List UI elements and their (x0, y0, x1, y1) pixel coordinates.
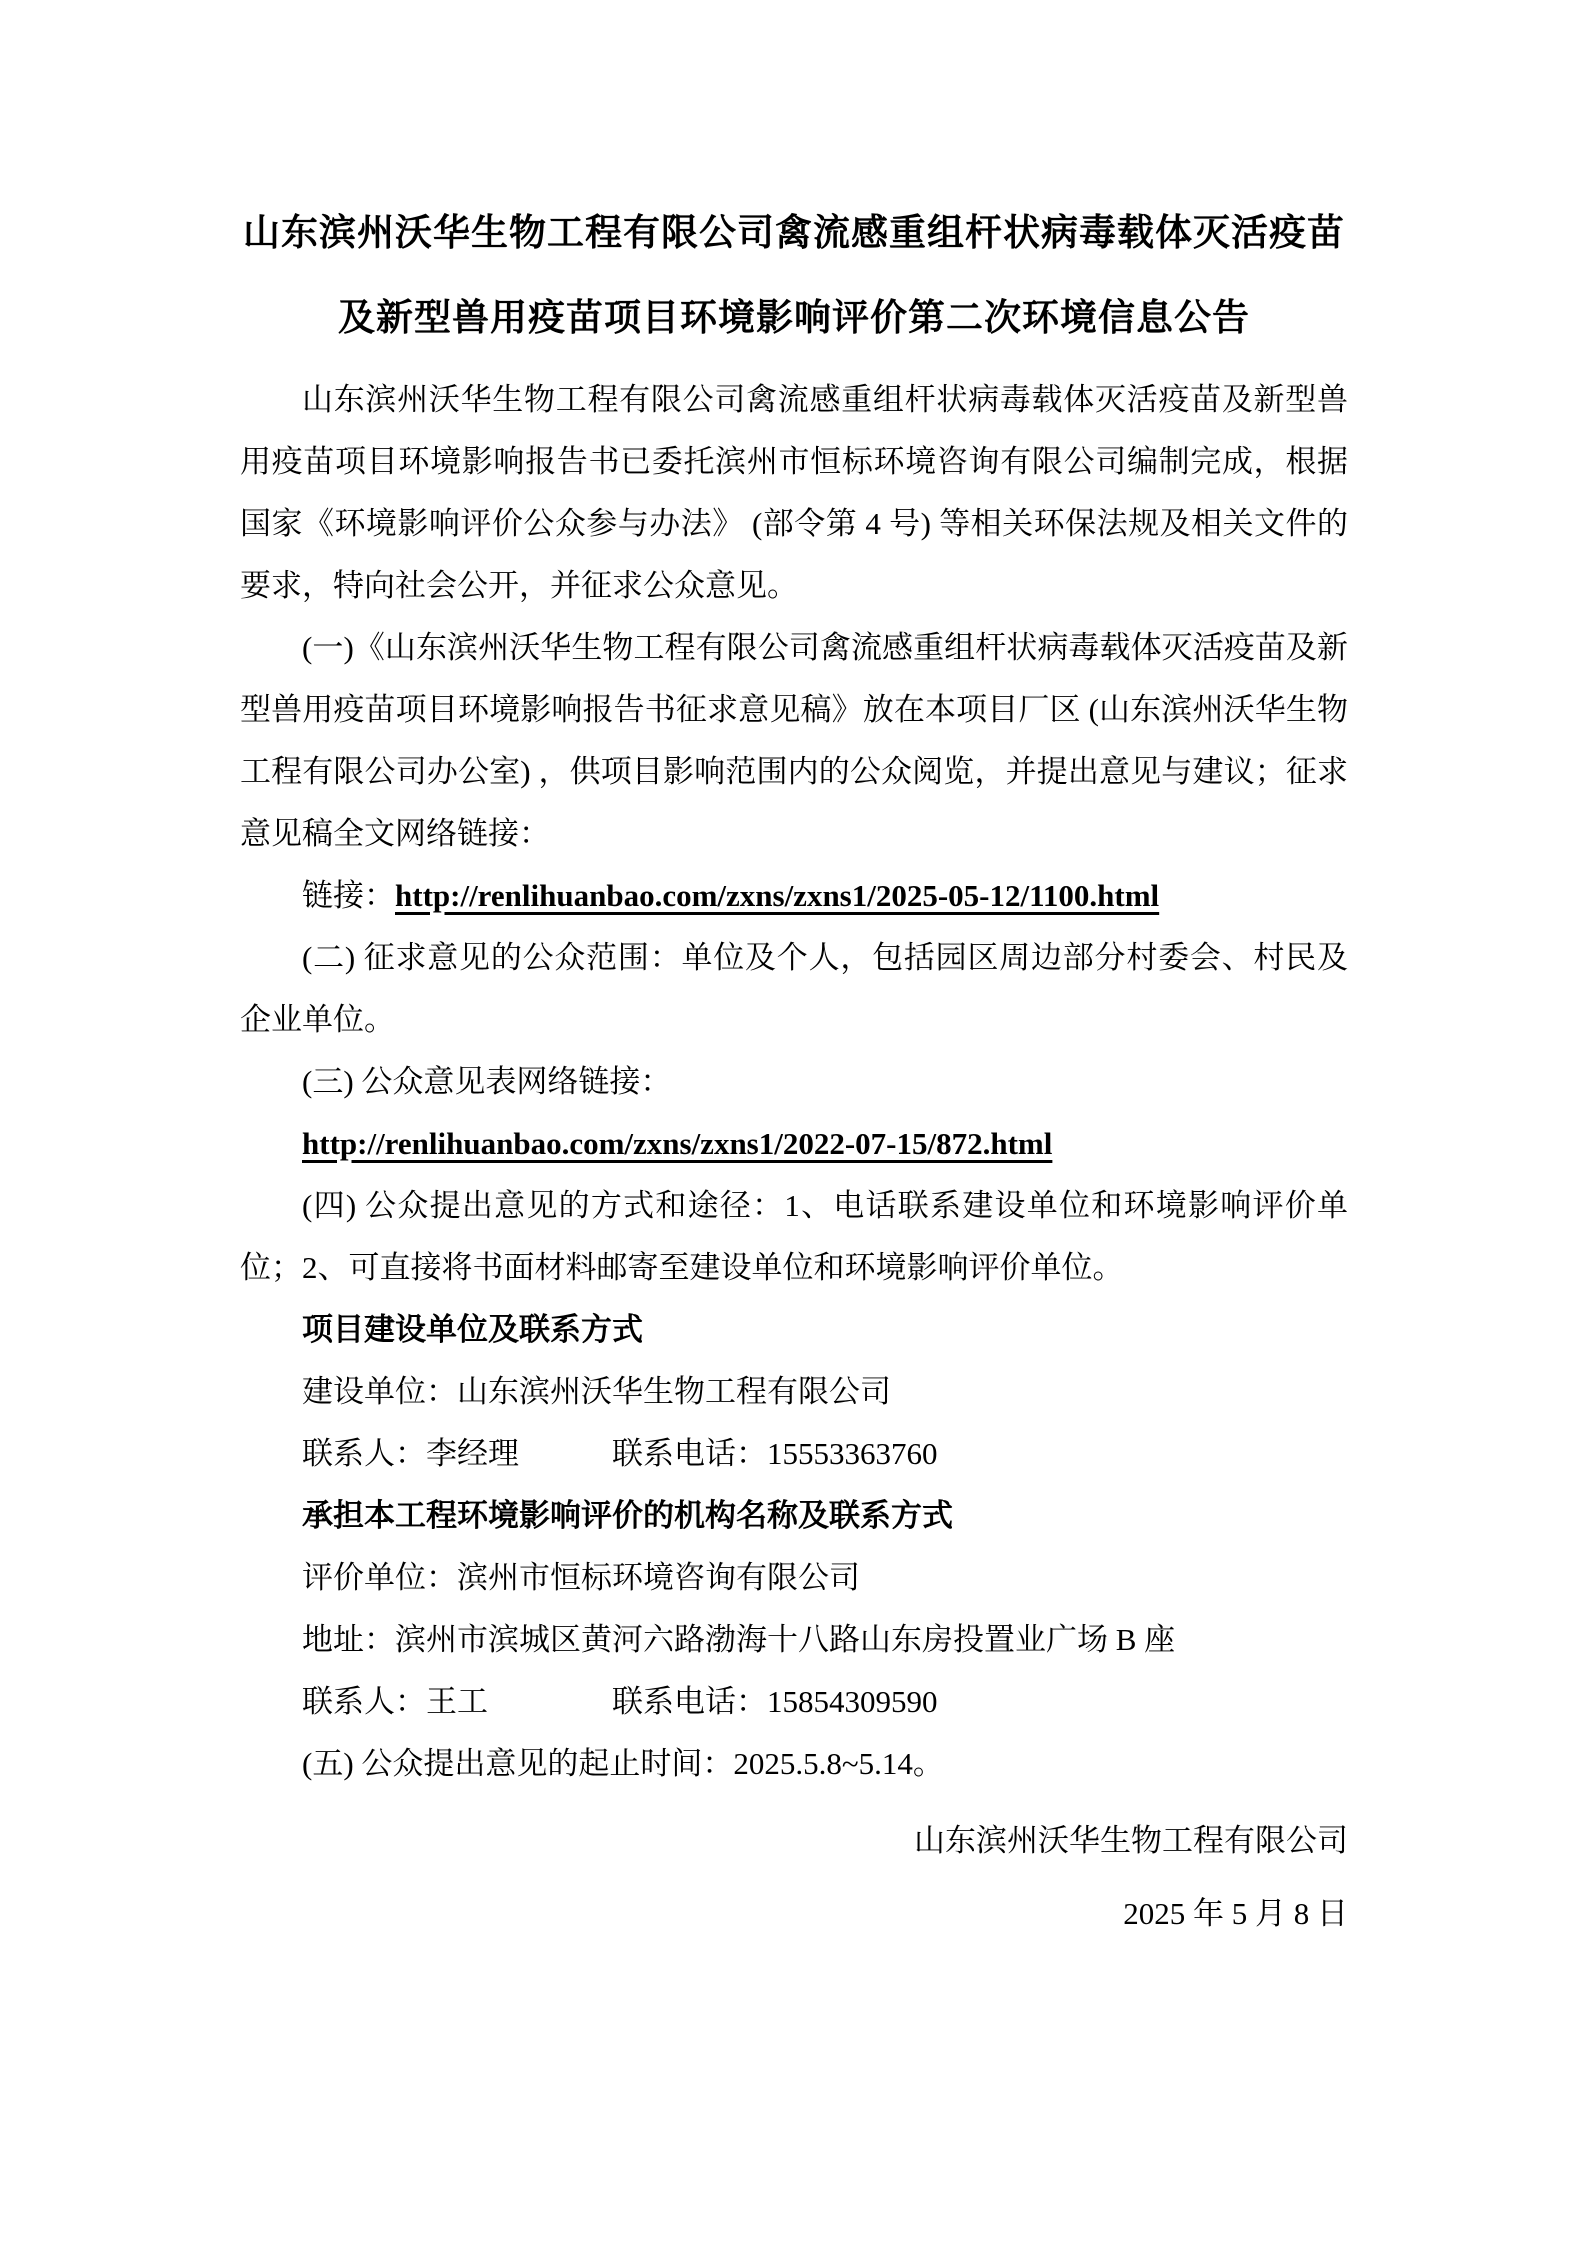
paragraph-link1: 链接：http://renlihuanbao.com/zxns/zxns1/20… (240, 865, 1348, 927)
eia-address-line: 地址：滨州市滨城区黄河六路渤海十八路山东房投置业广场 B 座 (240, 1609, 1348, 1671)
signature-block: 山东滨州沃华生物工程有限公司 2025 年 5 月 8 日 (240, 1810, 1348, 1945)
paragraph-link2: http://renlihuanbao.com/zxns/zxns1/2022-… (240, 1113, 1348, 1175)
paragraph-item2: (二) 征求意见的公众范围：单位及个人，包括园区周边部分村委会、村民及企业单位。 (240, 927, 1348, 1051)
paragraph-item5: (五) 公众提出意见的起止时间：2025.5.8~5.14。 (240, 1733, 1348, 1795)
opinion-form-link[interactable]: http://renlihuanbao.com/zxns/zxns1/2022-… (302, 1126, 1052, 1161)
paragraph-item1: (一)《山东滨州沃华生物工程有限公司禽流感重组杆状病毒载体灭活疫苗及新型兽用疫苗… (240, 617, 1348, 865)
title-line-2: 及新型兽用疫苗项目环境影响评价第二次环境信息公告 (338, 298, 1250, 339)
builder-unit-line: 建设单位：山东滨州沃华生物工程有限公司 (240, 1361, 1348, 1423)
builder-contact-line: 联系人：李经理 联系电话：15553363760 (240, 1423, 1348, 1485)
title-line-1: 山东滨州沃华生物工程有限公司禽流感重组杆状病毒载体灭活疫苗 (243, 213, 1345, 254)
document-body: 山东滨州沃华生物工程有限公司禽流感重组杆状病毒载体灭活疫苗及新型兽用疫苗项目环境… (240, 369, 1348, 1795)
document-title: 山东滨州沃华生物工程有限公司禽流感重组杆状病毒载体灭活疫苗 及新型兽用疫苗项目环… (240, 191, 1348, 361)
link1-label: 链接： (302, 878, 395, 913)
document-page: 山东滨州沃华生物工程有限公司禽流感重组杆状病毒载体灭活疫苗 及新型兽用疫苗项目环… (0, 0, 1586, 2244)
document-content: 山东滨州沃华生物工程有限公司禽流感重组杆状病毒载体灭活疫苗 及新型兽用疫苗项目环… (240, 191, 1348, 1945)
builder-section-heading: 项目建设单位及联系方式 (240, 1299, 1348, 1361)
paragraph-intro: 山东滨州沃华生物工程有限公司禽流感重组杆状病毒载体灭活疫苗及新型兽用疫苗项目环境… (240, 369, 1348, 617)
signature-date: 2025 年 5 月 8 日 (240, 1883, 1348, 1945)
paragraph-item3: (三) 公众意见表网络链接： (240, 1051, 1348, 1113)
paragraph-item4: (四) 公众提出意见的方式和途径：1、电话联系建设单位和环境影响评价单位；2、可… (240, 1175, 1348, 1299)
eia-section-heading: 承担本工程环境影响评价的机构名称及联系方式 (240, 1485, 1348, 1547)
eia-unit-line: 评价单位：滨州市恒标环境咨询有限公司 (240, 1547, 1348, 1609)
signature-company: 山东滨州沃华生物工程有限公司 (240, 1810, 1348, 1872)
eia-contact-line: 联系人：王工 联系电话：15854309590 (240, 1671, 1348, 1733)
draft-report-link[interactable]: http://renlihuanbao.com/zxns/zxns1/2025-… (395, 878, 1159, 913)
